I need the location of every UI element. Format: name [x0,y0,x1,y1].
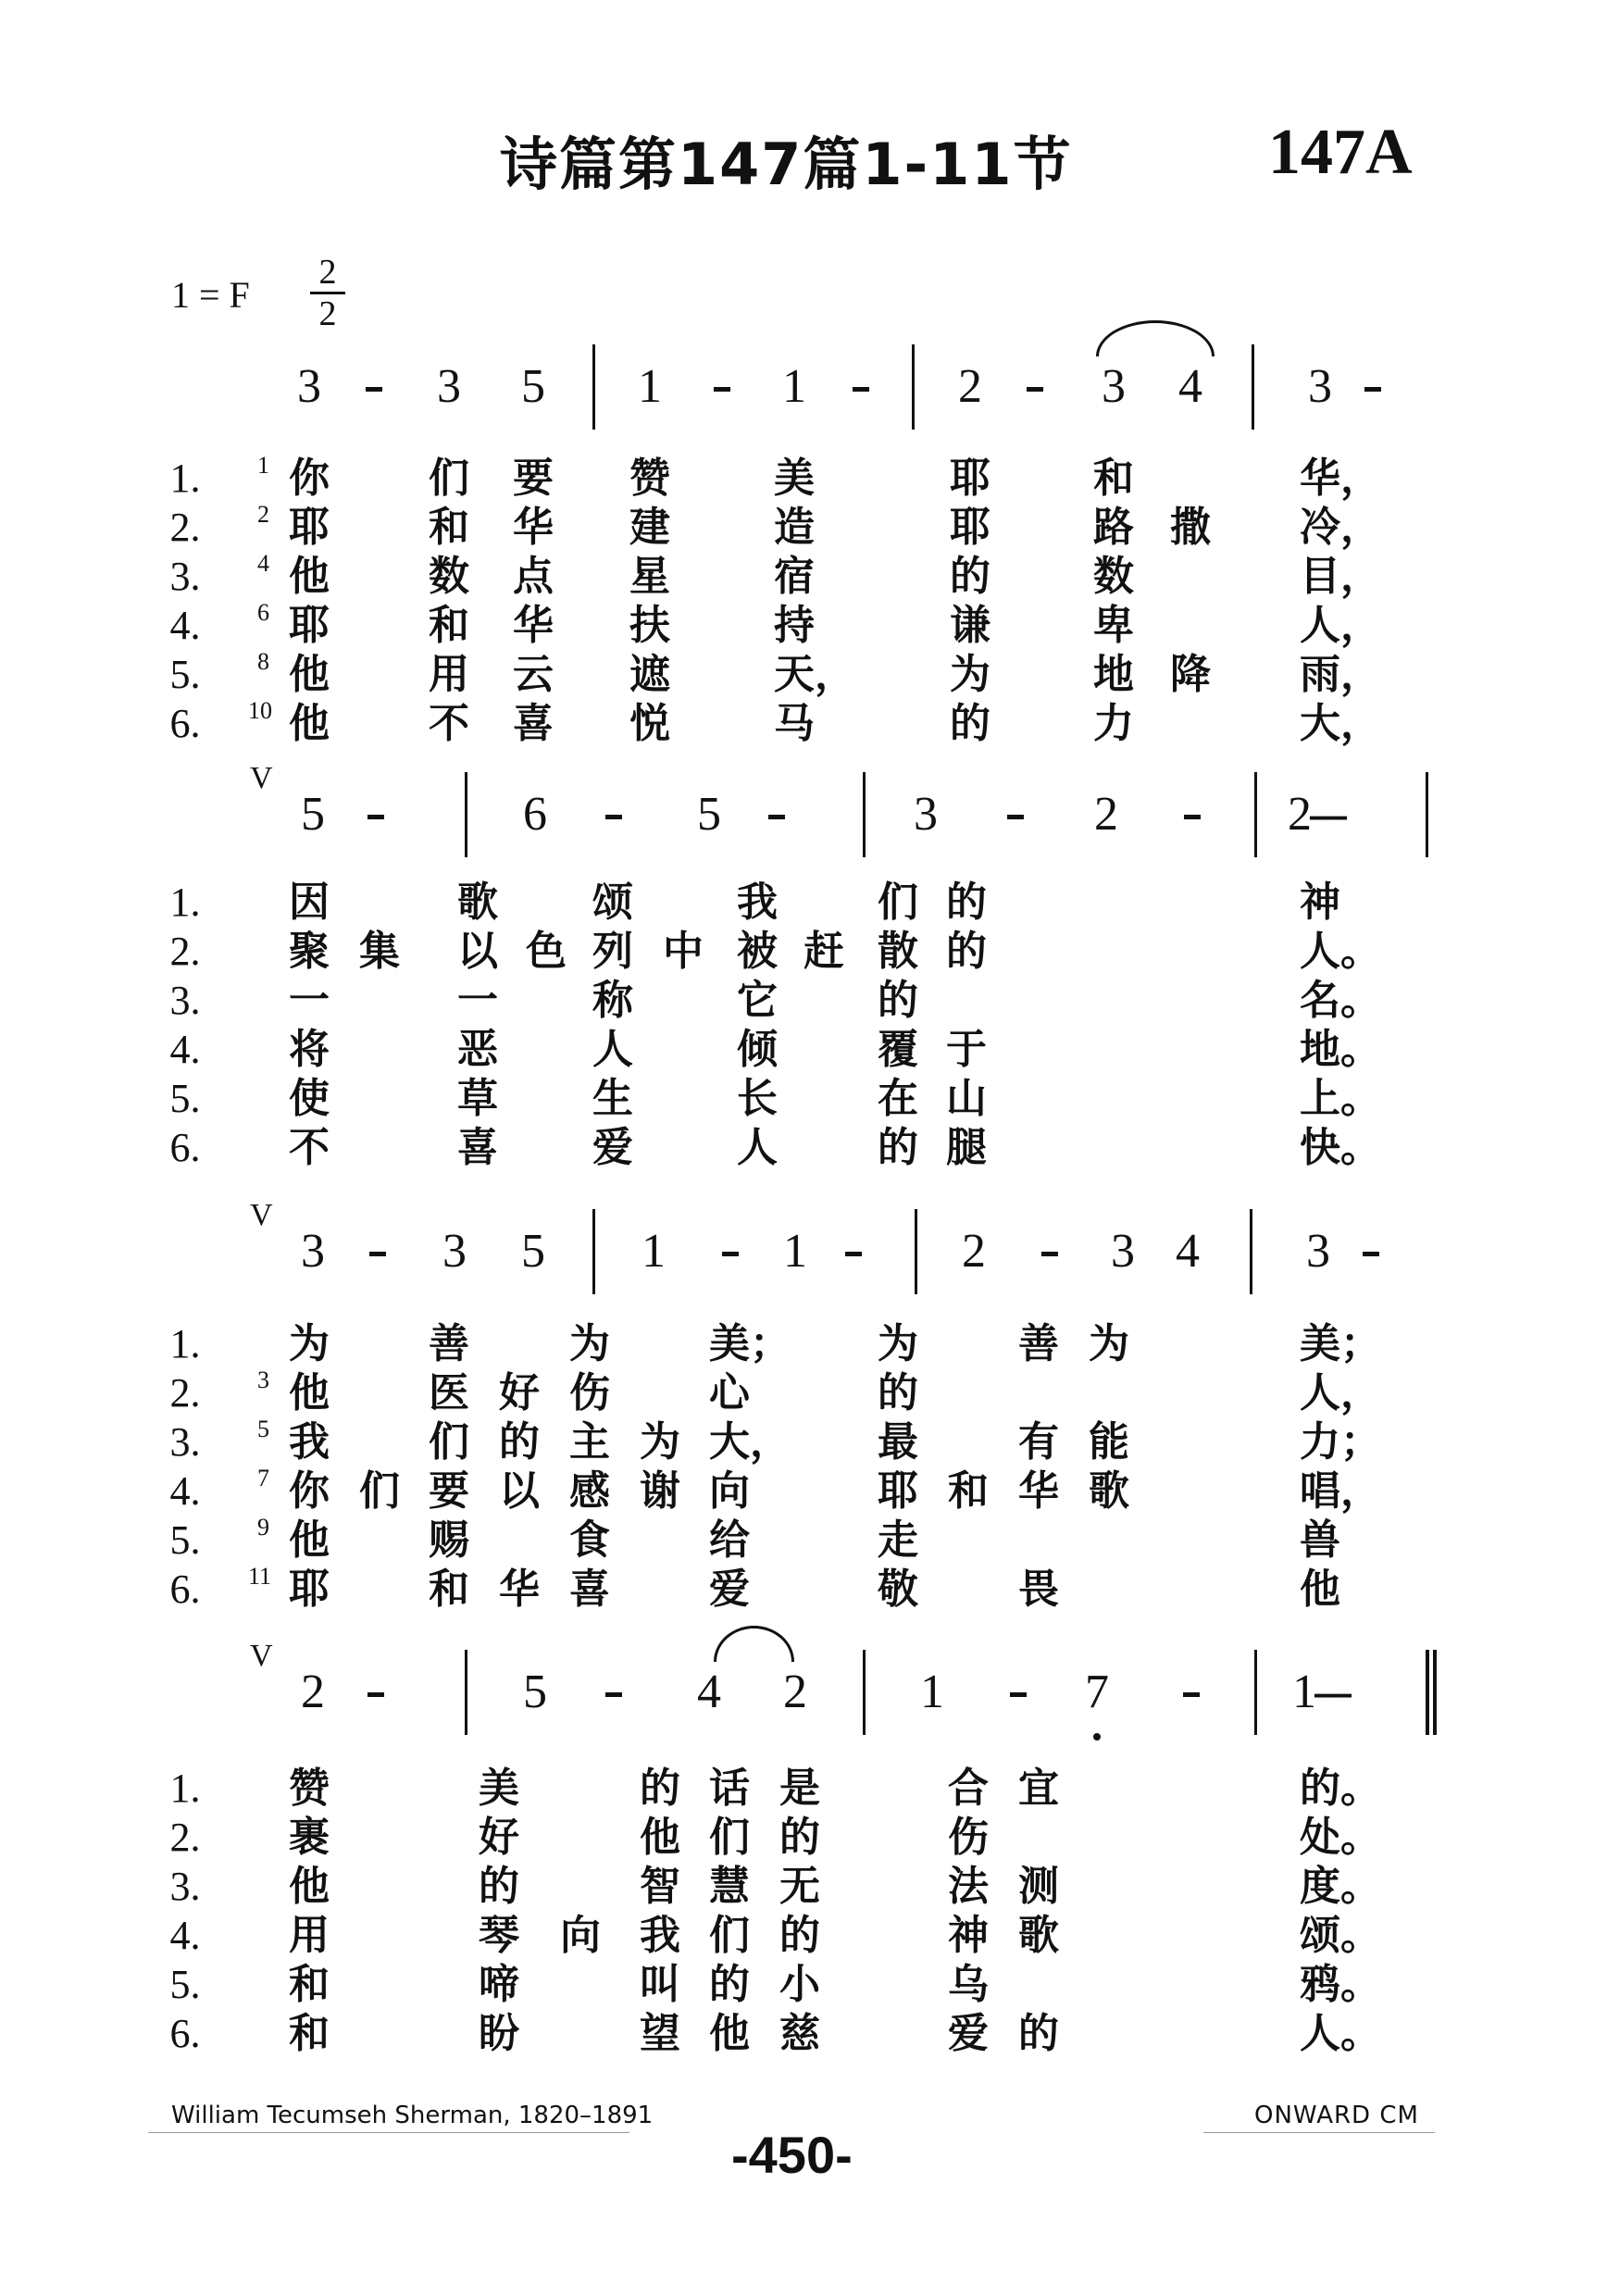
barline [592,1209,595,1294]
final-barline [1426,1650,1429,1735]
lyric-syllable: 他 [289,1862,330,1912]
lyric-syllable: 一 [457,976,498,1026]
lyric-syllable: 乌 [948,1960,989,2010]
note: 2 [783,1655,807,1729]
lyric-syllable: 他 [289,699,330,749]
lyric-syllable: 列 [592,927,633,977]
lyric-syllable: 以 [457,927,498,977]
note: 4 [697,1655,721,1729]
lyric-syllable: 用 [289,1911,330,1961]
duration-dash [1183,1692,1200,1697]
verse-number: 6. [170,2009,201,2059]
notation-line-4: V2542171--- [0,1655,1607,1739]
lyric-syllable: 人。 [1300,927,1381,977]
lyric-syllable: 在 [878,1074,918,1124]
lyric-syllable: 我 [737,878,778,928]
lyric-syllable: 和 [1093,454,1134,504]
lyric-syllable: 颂 [592,878,633,928]
lyric-syllable: 宜 [1018,1764,1059,1814]
lyric-syllable: 要 [513,454,554,504]
breath-mark-icon: V [250,1198,273,1233]
lyric-syllable: 将 [289,1025,330,1075]
lyric-syllable: 美 [479,1764,519,1814]
duration-dash [845,1252,862,1256]
note: 3 [297,350,321,424]
lyric-syllable: 恶 [457,1025,498,1075]
lyric-syllable: 数 [1093,552,1134,602]
lyric-syllable: 处。 [1300,1813,1381,1863]
note: 3 [1102,350,1126,424]
footer-rule-right [1203,2132,1435,2133]
lyric-syllable: 和 [429,1565,469,1615]
verse-reference: 11 [248,1563,271,1591]
verse-number: 2. [170,1368,201,1418]
lyric-line-verse-2: 2.3他医好伤心的人， [0,1368,1607,1418]
lyric-syllable: 称 [592,976,633,1026]
lyric-syllable: 宿 [774,552,815,602]
lyric-line-verse-4: 4.7你们要以感谢向耶和华歌唱， [0,1466,1607,1516]
note: 3 [442,1215,467,1289]
note: 2 [958,350,982,424]
lyric-syllable: 心 [709,1368,750,1418]
lyric-syllable: 话 [709,1764,750,1814]
duration-dash [1364,387,1381,392]
page-number: -450- [731,2125,853,2185]
lyric-syllable: 华 [499,1565,540,1615]
lyric-syllable: 赐 [429,1516,469,1566]
lyric-line-verse-5: 5.和啼叫的小乌鸦。 [0,1960,1607,2010]
tune-name: ONWARD CM [1254,2102,1419,2129]
duration-dash [1027,387,1043,392]
lyric-line-verse-5: 5.8他用云遮天，为地降雨， [0,650,1607,700]
verse-number: 1. [170,454,201,504]
lyric-syllable: 和 [429,601,469,651]
lyric-syllable: 生 [592,1074,633,1124]
barline [863,772,866,857]
lyric-syllable: 伤 [569,1368,610,1418]
lyric-syllable: 的 [1018,2009,1059,2059]
lyric-syllable: 琴 [479,1911,519,1961]
lyric-syllable: 畏 [1018,1565,1059,1615]
lyric-syllable: 啼 [479,1960,519,2010]
lyric-syllable: 有 [1018,1417,1059,1467]
lyric-syllable: 为 [569,1319,610,1369]
lyric-syllable: 人， [1300,601,1381,651]
note: 2--- [1288,778,1345,852]
lyric-syllable: 法 [948,1862,989,1912]
lyric-syllable: 和 [429,503,469,553]
lyric-syllable: 持 [774,601,815,651]
lyric-syllable: 最 [878,1417,918,1467]
lyric-syllable: 要 [429,1466,469,1516]
lyric-syllable: 他 [289,1516,330,1566]
lyric-syllable: 们 [429,1417,469,1467]
lyric-syllable: 它 [737,976,778,1026]
barline [1254,772,1257,857]
notation-line-3: V335112343 [0,1215,1607,1298]
verse-number: 5. [170,650,201,700]
lyric-syllable: 喜 [513,699,554,749]
lyric-syllable: 人， [1300,1368,1381,1418]
lyric-syllable: 覆 [878,1025,918,1075]
verse-number: 1. [170,878,201,928]
lyric-syllable: 走 [878,1516,918,1566]
lyric-syllable: 谦 [950,601,990,651]
lyric-line-verse-6: 6.不喜爱人的腿快。 [0,1123,1607,1173]
lyric-syllable: 长 [737,1074,778,1124]
lyric-syllable: 集 [359,927,400,977]
lyric-syllable: 云 [513,650,554,700]
lyric-syllable: 小 [779,1960,820,2010]
lyric-syllable: 盼 [479,2009,519,2059]
lyric-syllable: 的。 [1300,1764,1381,1814]
lyric-syllable: 的 [878,976,918,1026]
lyric-syllable: 向 [560,1911,601,1961]
lyric-syllable: 好 [479,1813,519,1863]
note: 1 [782,350,806,424]
lyric-syllable: 和 [289,2009,330,2059]
lyric-syllable: 建 [629,503,670,553]
lyric-syllable: 散 [878,927,918,977]
lyric-syllable: 造 [774,503,815,553]
note: 4 [1176,1215,1200,1289]
notation-line-2: V565322--- [0,778,1607,861]
lyric-syllable: 你 [289,1466,330,1516]
lyric-syllable: 爱 [592,1123,633,1173]
verse-number: 5. [170,1516,201,1566]
lyric-syllable: 天， [774,650,855,700]
verse-reference: 2 [257,501,269,529]
verse-number: 2. [170,503,201,553]
lyric-syllable: 的 [878,1368,918,1418]
duration-dash [605,815,622,819]
note: 3 [437,350,461,424]
lyric-line-verse-5: 5.使草生长在山上。 [0,1074,1607,1124]
lyric-syllable: 他 [289,552,330,602]
barline [915,1209,917,1294]
note: 3 [914,778,938,852]
note: 5 [521,350,545,424]
key-signature: 1 = F [171,273,250,317]
lyric-syllable: 的 [779,1813,820,1863]
note: 3 [1306,1215,1330,1289]
verse-number: 1. [170,1319,201,1369]
lyric-syllable: 伤 [948,1813,989,1863]
lyric-syllable: 歌 [457,878,498,928]
lyric-syllable: 向 [709,1466,750,1516]
note: 2 [962,1215,986,1289]
lyric-syllable: 色 [526,927,567,977]
lyric-syllable: 感 [569,1466,610,1516]
verse-reference: 8 [257,648,269,676]
duration-dash [1363,1252,1379,1256]
lyric-syllable: 们 [429,454,469,504]
lyric-syllable: 他 [709,2009,750,2059]
time-signature-bottom: 2 [310,296,345,331]
lyric-syllable: 降 [1170,650,1211,700]
lyric-line-verse-3: 3.5我们的主为大，最有能力； [0,1417,1607,1467]
lyric-syllable: 耶 [950,503,990,553]
lyric-syllable: 耶 [289,1565,330,1615]
lyric-syllable: 因 [289,878,330,928]
lyric-line-verse-4: 4.将恶人倾覆于地。 [0,1025,1607,1075]
lyric-line-verse-3: 3.4他数点星宿的数目， [0,552,1607,602]
lyric-syllable: 力 [1093,699,1134,749]
lyric-syllable: 华， [1300,454,1381,504]
hymn-title: 诗篇第147篇1-11节 [500,119,1073,201]
lyric-syllable: 敬 [878,1565,918,1615]
lyric-syllable: 快。 [1300,1123,1381,1173]
note: 5 [301,778,325,852]
barline [1252,344,1254,430]
hymn-number: 147A [1268,116,1413,190]
slur-tie [714,1626,794,1662]
lyric-syllable: 一 [289,976,330,1026]
duration-dash [1010,1692,1027,1697]
lyric-syllable: 们 [878,878,918,928]
verse-reference: 3 [257,1366,269,1394]
verse-reference: 9 [257,1514,269,1541]
time-signature: 2 2 [310,255,345,331]
lyric-syllable: 用 [429,650,469,700]
lyric-syllable: 人 [592,1025,633,1075]
note: 5 [697,778,721,852]
lyric-line-verse-1: 1.为善为美；为善为美； [0,1319,1607,1369]
lyric-syllable: 们 [709,1813,750,1863]
lyric-syllable: 数 [429,552,469,602]
note: 7 [1085,1655,1109,1729]
lyric-syllable: 马 [774,699,815,749]
lyric-syllable: 为 [878,1319,918,1369]
verse-number: 4. [170,1025,201,1075]
note: 1 [920,1655,944,1729]
lyric-syllable: 悦 [629,699,670,749]
lyric-syllable: 不 [429,699,469,749]
lyric-syllable: 他 [289,1368,330,1418]
duration-dash [605,1692,622,1697]
note: 1 [783,1215,807,1289]
lyric-syllable: 上。 [1300,1074,1381,1124]
lyric-syllable: 歌 [1018,1911,1059,1961]
lyric-syllable: 路 [1093,503,1134,553]
lyric-syllable: 冷， [1300,503,1381,553]
lyric-line-verse-2: 2.聚集以色列中被赶散的人。 [0,927,1607,977]
verse-number: 3. [170,1417,201,1467]
lyric-syllable: 倾 [737,1025,778,1075]
lyric-line-verse-2: 2.2耶和华建造耶路撒冷， [0,503,1607,553]
lyric-syllable: 歌 [1089,1466,1129,1516]
lyric-syllable: 大， [1300,699,1381,749]
verse-number: 5. [170,1960,201,2010]
lyric-syllable: 颂。 [1300,1911,1381,1961]
lyric-syllable: 卑 [1093,601,1134,651]
lyric-syllable: 美； [1300,1319,1381,1369]
duration-dash [367,815,384,819]
lyric-syllable: 善 [1018,1319,1059,1369]
lyric-syllable: 遮 [629,650,670,700]
barline [592,344,595,430]
verse-reference: 6 [257,599,269,627]
lyric-syllable: 赞 [629,454,670,504]
lyric-syllable: 你 [289,454,330,504]
note: 3 [301,1215,325,1289]
lyric-syllable: 食 [569,1516,610,1566]
lyric-syllable: 们 [709,1911,750,1961]
duration-dash [366,387,382,392]
lyric-syllable: 人 [737,1123,778,1173]
lyric-syllable: 的 [946,878,987,928]
lyric-syllable: 为 [950,650,990,700]
lyric-syllable: 目， [1300,552,1381,602]
verse-number: 6. [170,1123,201,1173]
note: 1 [638,350,662,424]
barline [1426,772,1428,857]
barline [465,772,467,857]
lyric-syllable: 他 [1300,1565,1340,1615]
lyric-syllable: 中 [663,927,704,977]
verse-reference: 5 [257,1416,269,1443]
note: 3 [1111,1215,1135,1289]
note: 1--- [1292,1655,1350,1729]
lyric-syllable: 赞 [289,1764,330,1814]
verse-number: 4. [170,1911,201,1961]
lyric-syllable: 神 [948,1911,989,1961]
verse-number: 3. [170,1862,201,1912]
verse-number: 6. [170,699,201,749]
verse-reference: 7 [257,1465,269,1492]
lyric-syllable: 叫 [640,1960,680,2010]
lyric-line-verse-1: 1.1你们要赞美耶和华， [0,454,1607,504]
verse-number: 1. [170,1764,201,1814]
lyric-syllable: 我 [289,1417,330,1467]
lyric-syllable: 喜 [457,1123,498,1173]
verse-number: 4. [170,1466,201,1516]
lyric-syllable: 草 [457,1074,498,1124]
lyric-syllable: 度。 [1300,1862,1381,1912]
lyric-syllable: 测 [1018,1862,1059,1912]
slur-tie [1096,320,1215,356]
lyric-syllable: 慧 [709,1862,750,1912]
barline [912,344,915,430]
lyric-syllable: 耶 [950,454,990,504]
lyric-line-verse-6: 6.11耶和华喜爱敬畏他 [0,1565,1607,1615]
verse-reference: 4 [257,550,269,578]
verse-reference: 10 [248,697,272,725]
lyric-syllable: 点 [513,552,554,602]
verse-reference: 1 [257,452,269,480]
duration-dash [722,1252,739,1256]
lyric-syllable: 雨， [1300,650,1381,700]
note: 1 [642,1215,666,1289]
lyric-syllable: 聚 [289,927,330,977]
lyric-syllable: 合 [948,1764,989,1814]
lyric-syllable: 耶 [878,1466,918,1516]
verse-number: 3. [170,552,201,602]
lyric-line-verse-1: 1.赞美的话是合宜的。 [0,1764,1607,1814]
verse-number: 5. [170,1074,201,1124]
lyric-syllable: 为 [1089,1319,1129,1369]
lyric-syllable: 的 [946,927,987,977]
lyric-syllable: 为 [640,1417,680,1467]
duration-dash [367,1692,384,1697]
lyric-syllable: 主 [569,1417,610,1467]
lyric-syllable: 裹 [289,1813,330,1863]
duration-dash [1184,815,1201,819]
lyric-syllable: 是 [779,1764,820,1814]
lyric-syllable: 耶 [289,601,330,651]
lyric-syllable: 为 [289,1319,330,1369]
lyric-line-verse-3: 3.他的智慧无法测度。 [0,1862,1607,1912]
lyric-syllable: 和 [948,1466,989,1516]
lyric-syllable: 力； [1300,1417,1381,1467]
lyric-line-verse-4: 4.用琴向我们的神歌颂。 [0,1911,1607,1961]
lyric-syllable: 星 [629,552,670,602]
duration-dash [768,815,785,819]
lyric-syllable: 慈 [779,2009,820,2059]
verse-number: 3. [170,976,201,1026]
lyric-syllable: 的 [779,1911,820,1961]
composer-credit: William Tecumseh Sherman, 1820–1891 [171,2102,653,2129]
low-octave-dot [1093,1733,1101,1741]
lyric-syllable: 华 [513,601,554,651]
lyric-syllable: 美； [709,1319,791,1369]
lyric-syllable: 美 [774,454,815,504]
lyric-line-verse-6: 6.10他不喜悦马的力大， [0,699,1607,749]
barline [1250,1209,1252,1294]
lyric-syllable: 地。 [1300,1025,1381,1075]
lyric-line-verse-6: 6.和盼望他慈爱的人。 [0,2009,1607,2059]
lyric-syllable: 兽 [1300,1516,1340,1566]
lyric-syllable: 爱 [709,1565,750,1615]
lyric-syllable: 华 [1018,1466,1059,1516]
lyric-syllable: 爱 [948,2009,989,2059]
lyric-syllable: 不 [289,1123,330,1173]
lyric-syllable: 耶 [289,503,330,553]
lyric-syllable: 能 [1089,1417,1129,1467]
lyric-syllable: 华 [513,503,554,553]
lyric-syllable: 人。 [1300,2009,1381,2059]
lyric-syllable: 他 [289,650,330,700]
note: 2 [1094,778,1118,852]
lyric-syllable: 的 [499,1417,540,1467]
barline [1254,1650,1257,1735]
lyric-syllable: 智 [640,1862,680,1912]
lyric-syllable: 们 [359,1466,400,1516]
lyric-syllable: 和 [289,1960,330,2010]
lyric-line-verse-3: 3.一一称它的名。 [0,976,1607,1026]
lyric-syllable: 的 [950,699,990,749]
lyric-line-verse-2: 2.裹好他们的伤处。 [0,1813,1607,1863]
lyric-syllable: 他 [640,1813,680,1863]
duration-dash [1007,815,1024,819]
lyric-syllable: 于 [946,1025,987,1075]
lyric-syllable: 撒 [1170,503,1211,553]
barline [863,1650,866,1735]
breath-mark-icon: V [250,1639,273,1674]
note: 5 [521,1215,545,1289]
lyric-line-verse-1: 1.因歌颂我们的神 [0,878,1607,928]
note: 3 [1308,350,1332,424]
lyric-syllable: 的 [709,1960,750,2010]
lyric-syllable: 使 [289,1074,330,1124]
lyric-syllable: 鸦。 [1300,1960,1381,2010]
lyric-syllable: 大， [709,1417,791,1467]
verse-number: 2. [170,1813,201,1863]
lyric-syllable: 望 [640,2009,680,2059]
duration-dash [369,1252,386,1256]
lyric-syllable: 的 [950,552,990,602]
note: 4 [1178,350,1202,424]
